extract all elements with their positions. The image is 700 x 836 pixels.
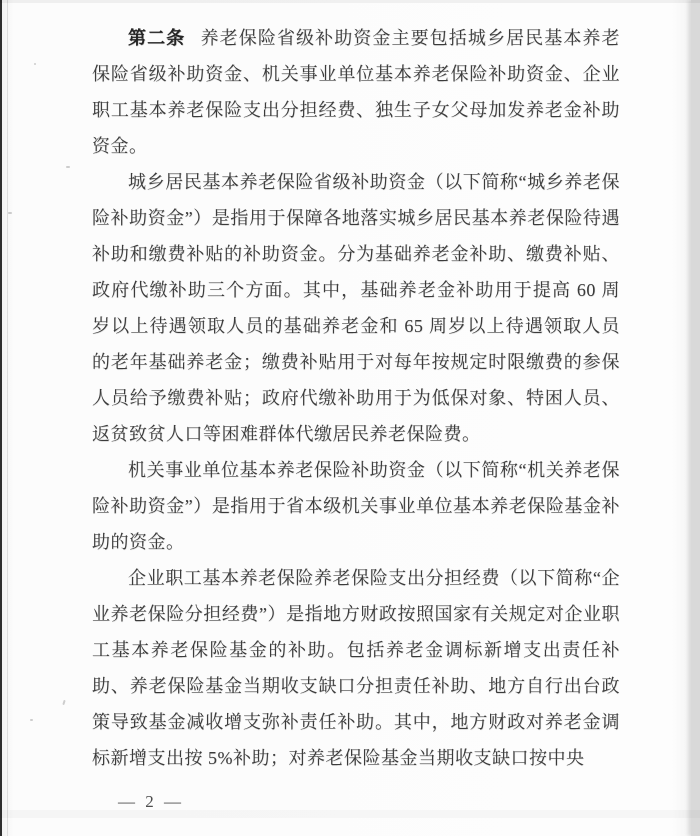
paragraph-article-2: 第二条养老保险省级补助资金主要包括城乡居民基本养老保险省级补助资金、机关事业单位…	[92, 20, 620, 164]
scan-bottom-shadow-band	[0, 810, 700, 818]
scan-top-edge-shadow	[0, 0, 700, 3]
paragraph-urban-rural-subsidy: 城乡居民基本养老保险省级补助资金（以下简称“城乡养老保险补助资金”）是指用于保障…	[92, 164, 620, 452]
article-number-label: 第二条	[128, 28, 185, 48]
paragraph-enterprise-employee-subsidy: 企业职工基本养老保险养老保险支出分担经费（以下简称“企业养老保险分担经费”）是指…	[92, 560, 620, 776]
paragraph-text: 企业职工基本养老保险养老保险支出分担经费（以下简称“企业养老保险分担经费”）是指…	[92, 568, 620, 768]
document-body: 第二条养老保险省级补助资金主要包括城乡居民基本养老保险省级补助资金、机关事业单位…	[92, 20, 620, 776]
scan-left-edge-line	[0, 0, 2, 836]
paragraph-government-agency-subsidy: 机关事业单位基本养老保险补助资金（以下简称“机关养老保险补助资金”）是指用于省本…	[92, 452, 620, 560]
scan-right-edge-shadow	[691, 0, 700, 836]
scan-speck	[30, 719, 33, 721]
paragraph-text: 机关事业单位基本养老保险补助资金（以下简称“机关养老保险补助资金”）是指用于省本…	[92, 460, 620, 552]
scan-speck	[8, 212, 12, 214]
scan-speck	[34, 63, 36, 65]
scanned-document-page: 第二条养老保险省级补助资金主要包括城乡居民基本养老保险省级补助资金、机关事业单位…	[0, 0, 700, 836]
scan-speck	[62, 700, 65, 705]
scan-speck	[66, 166, 70, 168]
page-number: — 2 —	[118, 792, 184, 812]
scan-paper-edge-line	[7, 0, 8, 836]
paragraph-text: 城乡居民基本养老保险省级补助资金（以下简称“城乡养老保险补助资金”）是指用于保障…	[92, 172, 620, 444]
